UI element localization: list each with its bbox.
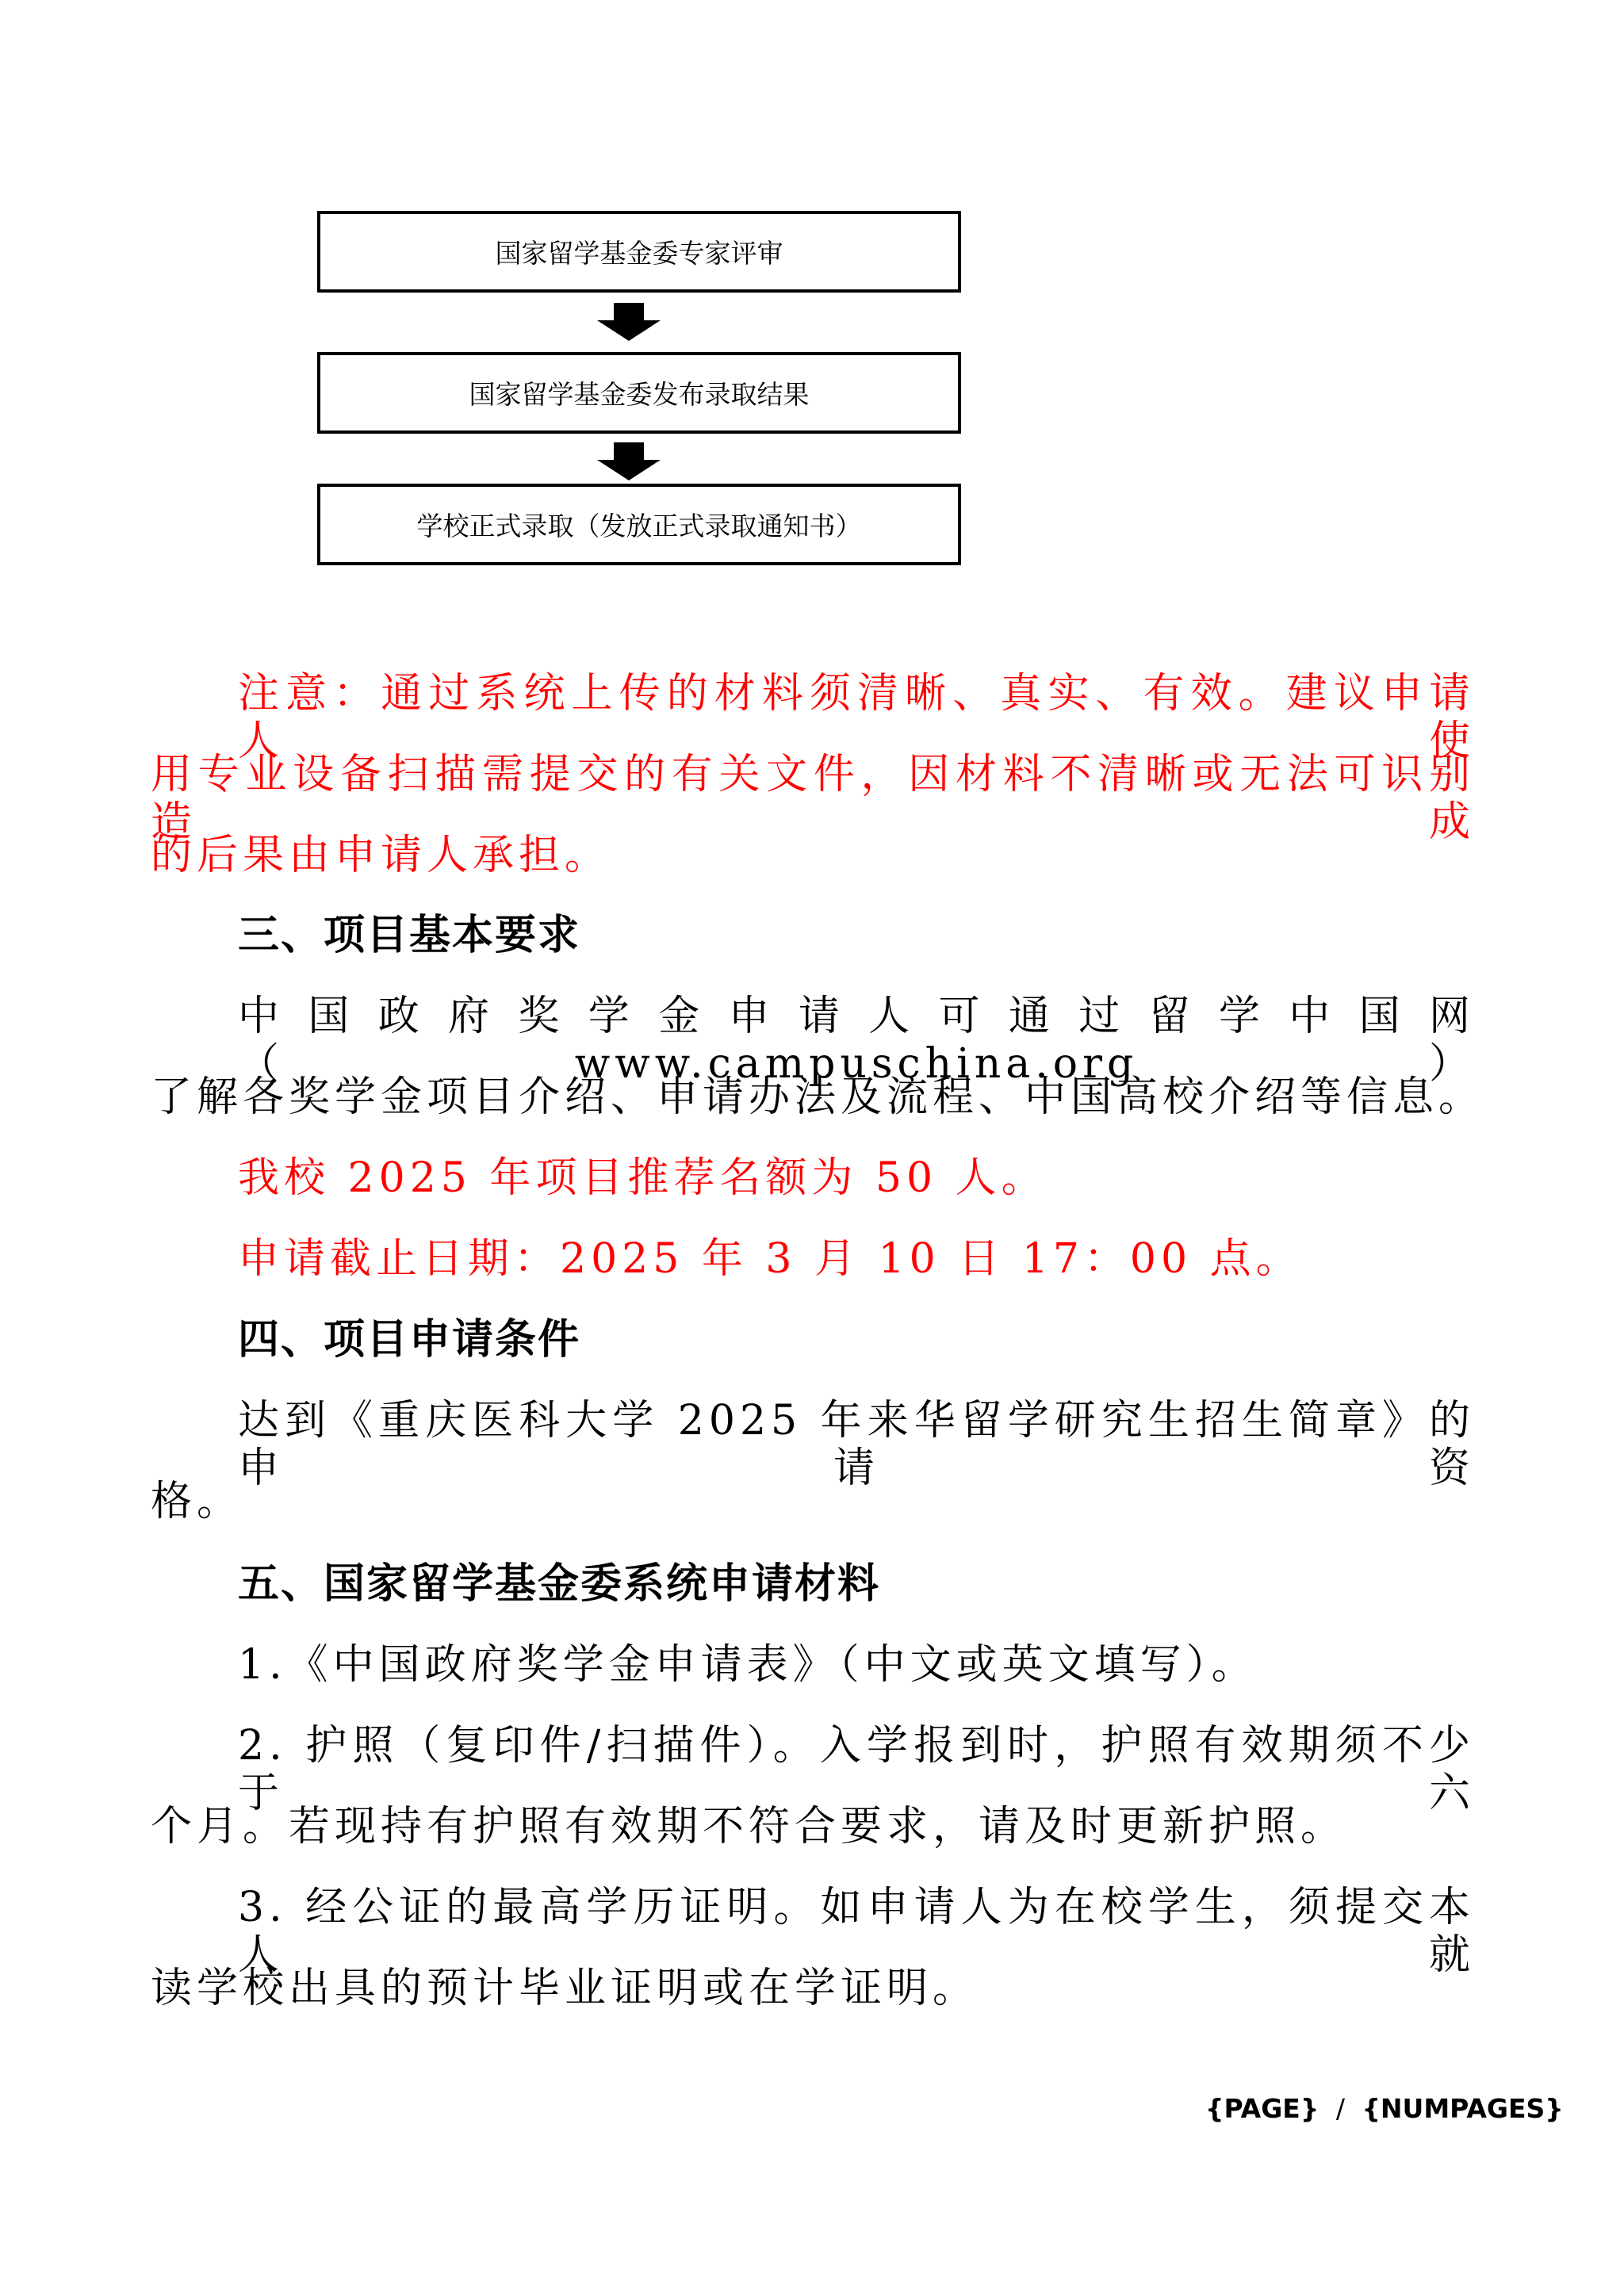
page-number-footer: {PAGE} / {NUMPAGES} xyxy=(1205,2093,1564,2124)
down-arrow-icon xyxy=(597,303,661,341)
flow-step-official-admission: 学校正式录取（发放正式录取通知书） xyxy=(317,484,961,565)
section-heading: 五、国家留学基金委系统申请材料 xyxy=(238,1560,1475,1608)
flow-step-expert-review: 国家留学基金委专家评审 xyxy=(317,211,961,293)
notice-line: 的后果由申请人承担。 xyxy=(151,832,1475,879)
quota-note: 我校 2025 年项目推荐名额为 50 人。 xyxy=(238,1154,1475,1202)
paragraph-line: 了解各奖学金项目介绍、申请办法及流程、中国高校介绍等信息。 xyxy=(151,1073,1475,1121)
numpages-field: {NUMPAGES} xyxy=(1362,2093,1563,2124)
page-separator: / xyxy=(1336,2093,1345,2124)
flow-step-label: 国家留学基金委专家评审 xyxy=(496,233,783,270)
material-item-2-cont: 个月。若现持有护照有效期不符合要求，请及时更新护照。 xyxy=(151,1803,1475,1850)
page-field: {PAGE} xyxy=(1205,2093,1319,2124)
section-heading: 三、项目基本要求 xyxy=(238,912,1475,959)
flow-step-publish-results: 国家留学基金委发布录取结果 xyxy=(317,352,961,434)
material-item-1: 1.《中国政府奖学金申请表》（中文或英文填写）。 xyxy=(238,1641,1475,1689)
deadline-note: 申请截止日期：2025 年 3 月 10 日 17：00 点。 xyxy=(238,1235,1475,1283)
paragraph-line: 格。 xyxy=(151,1478,1475,1525)
flow-step-label: 学校正式录取（发放正式录取通知书） xyxy=(417,506,862,543)
flow-step-label: 国家留学基金委发布录取结果 xyxy=(469,374,810,411)
material-item-3-cont: 读学校出具的预计毕业证明或在学证明。 xyxy=(151,1965,1475,2012)
down-arrow-icon xyxy=(597,442,661,480)
section-heading: 四、项目申请条件 xyxy=(238,1316,1475,1364)
